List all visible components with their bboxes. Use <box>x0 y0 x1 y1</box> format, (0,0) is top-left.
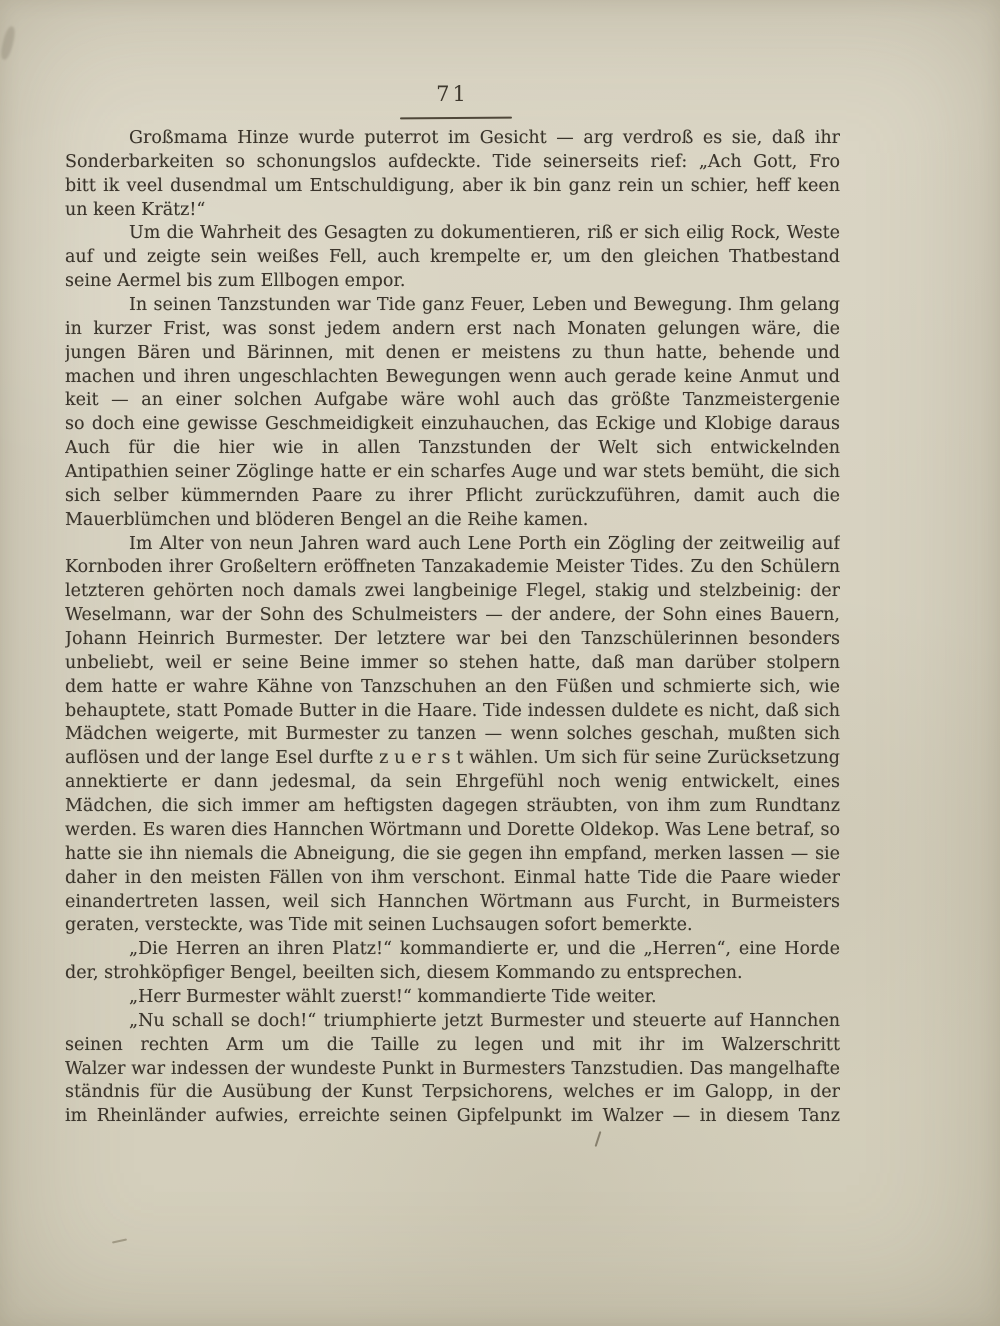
text-line: machen und ihren ungeschlachten Bewegung… <box>65 366 840 390</box>
text-line: auf und zeigte sein weißes Fell, auch kr… <box>65 246 840 270</box>
text-block: Großmama Hinze wurde puterrot im Gesicht… <box>65 127 840 1129</box>
text-line: auflösen und der lange Esel durfte z u e… <box>65 747 840 771</box>
text-line: Im Alter von neun Jahren ward auch Lene … <box>65 533 840 557</box>
text-line: Um die Wahrheit des Gesagten zu dokument… <box>65 222 840 246</box>
text-line: in kurzer Frist, was sonst jedem andern … <box>65 318 840 342</box>
text-line: Kornboden ihrer Großeltern eröffneten Ta… <box>65 556 840 580</box>
text-line: In seinen Tanzstunden war Tide ganz Feue… <box>65 294 840 318</box>
text-line: werden. Es waren dies Hannchen Wörtmann … <box>65 819 840 843</box>
pencil-stray-mark <box>112 1238 127 1243</box>
text-line: einandertreten lassen, weil sich Hannche… <box>65 891 840 915</box>
text-line: behauptete, statt Pomade Butter in die H… <box>65 700 840 724</box>
text-line: unbeliebt, weil er seine Beine immer so … <box>65 652 840 676</box>
text-line: bitt ik veel dusendmal um Entschuldigung… <box>65 175 840 199</box>
text-line: Antipathien seiner Zöglinge hatte er ein… <box>65 461 840 485</box>
text-line: Johann Heinrich Burmester. Der letztere … <box>65 628 840 652</box>
text-line: Auch für die hier wie in allen Tanzstund… <box>65 437 840 461</box>
text-line: Großmama Hinze wurde puterrot im Gesicht… <box>65 127 840 151</box>
text-line: daher in den meisten Fällen von ihm vers… <box>65 867 840 891</box>
text-line: un keen Krätz!“ <box>65 199 840 223</box>
page-number: 71 <box>436 82 469 106</box>
text-line: jungen Bären und Bärinnen, mit denen er … <box>65 342 840 366</box>
text-line: annektierte er dann jedesmal, da sein Eh… <box>65 771 840 795</box>
book-page: 71 Großmama Hinze wurde puterrot im Gesi… <box>0 0 1000 1326</box>
text-line: so doch eine gewisse Geschmeidigkeit ein… <box>65 413 840 437</box>
page-number-rule <box>400 117 512 120</box>
text-line: Walzer war indessen der wundeste Punkt i… <box>65 1058 840 1082</box>
text-line: der, strohköpfiger Bengel, beeilten sich… <box>65 962 840 986</box>
text-line: Mädchen weigerte, mit Burmester zu tanze… <box>65 723 840 747</box>
text-line: keit — an einer solchen Aufgabe wäre woh… <box>65 389 840 413</box>
text-line: seinen rechten Arm um die Taille zu lege… <box>65 1034 840 1058</box>
ink-stray-mark <box>595 1131 602 1147</box>
corner-smudge-mark <box>0 25 17 60</box>
text-line: „Die Herren an ihren Platz!“ kommandiert… <box>65 938 840 962</box>
page-header: 71 <box>65 82 840 106</box>
text-line: Sonderbarkeiten so schonungslos aufdeckt… <box>65 151 840 175</box>
text-line: seine Aermel bis zum Ellbogen empor. <box>65 270 840 294</box>
text-line: letzteren gehörten noch damals zwei lang… <box>65 580 840 604</box>
text-line: im Rheinländer aufwies, erreichte seinen… <box>65 1105 840 1129</box>
text-line: „Nu schall se doch!“ triumphierte jetzt … <box>65 1010 840 1034</box>
text-line: Weselmann, war der Sohn des Schulmeister… <box>65 604 840 628</box>
text-line: geraten, versteckte, was Tide mit seinen… <box>65 914 840 938</box>
text-line: Mauerblümchen und blöderen Bengel an die… <box>65 509 840 533</box>
text-line: ständnis für die Ausübung der Kunst Terp… <box>65 1081 840 1105</box>
text-line: hatte sie ihn niemals die Abneigung, die… <box>65 843 840 867</box>
text-line: dem hatte er wahre Kähne von Tanzschuhen… <box>65 676 840 700</box>
text-line: Mädchen, die sich immer am heftigsten da… <box>65 795 840 819</box>
text-line: „Herr Burmester wählt zuerst!“ kommandie… <box>65 986 840 1010</box>
text-line: sich selber kümmernden Paare zu ihrer Pf… <box>65 485 840 509</box>
